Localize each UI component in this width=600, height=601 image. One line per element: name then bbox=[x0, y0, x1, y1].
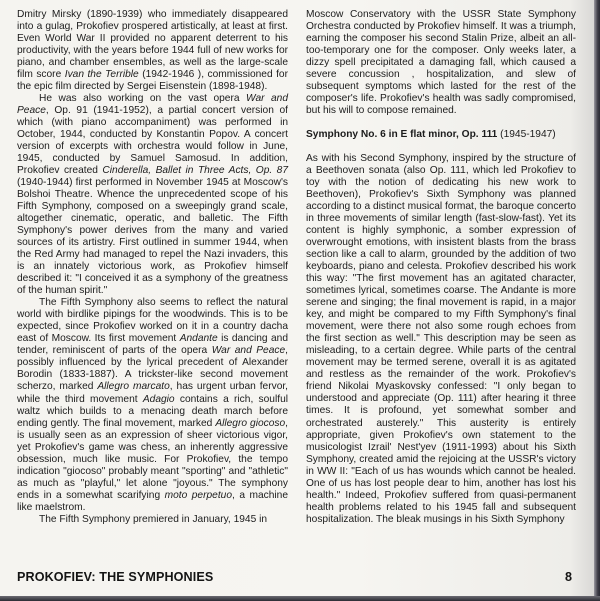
italic-title-text: moto perpetuo bbox=[165, 490, 232, 501]
italic-title-text: Ivan the Terrible bbox=[65, 69, 139, 80]
italic-title-text: Allegro marcato bbox=[97, 381, 169, 392]
paragraph: Dmitry Mirsky (1890-1939) who immediatel… bbox=[17, 9, 288, 93]
right-text-column: Moscow Conservatory with the USSR State … bbox=[306, 9, 576, 526]
left-text-column: Dmitry Mirsky (1890-1939) who immediatel… bbox=[17, 9, 288, 526]
italic-title-text: War and Peace bbox=[212, 345, 285, 356]
booklet-page: Dmitry Mirsky (1890-1939) who immediatel… bbox=[0, 0, 594, 596]
italic-title-text: Allegro giocoso bbox=[215, 418, 285, 429]
page-edge-shadow-bottom bbox=[0, 596, 600, 601]
page-number: 8 bbox=[565, 570, 572, 584]
section-heading: Symphony No. 6 in E flat minor, Op. 111 … bbox=[306, 129, 576, 141]
running-footer-title: PROKOFIEV: THE SYMPHONIES bbox=[17, 570, 213, 584]
body-text: (1940-1944) first performed in November … bbox=[17, 177, 288, 296]
body-text: The Fifth Symphony premiered in January,… bbox=[39, 514, 267, 525]
paragraph: The Fifth Symphony premiered in January,… bbox=[17, 514, 288, 526]
italic-title-text: Adagio bbox=[143, 394, 175, 405]
body-text: As with his Second Symphony, inspired by… bbox=[306, 153, 576, 524]
body-text: , is usually seen as an expression of sh… bbox=[17, 418, 288, 501]
page-edge-shadow-right bbox=[594, 0, 600, 601]
body-text: Moscow Conservatory with the USSR State … bbox=[306, 9, 576, 116]
italic-title-text: Cinderella, Ballet in Three Acts, Op. 87 bbox=[102, 165, 288, 176]
section-heading-dates: (1945-1947) bbox=[497, 129, 555, 140]
paragraph: He was also working on the vast opera Wa… bbox=[17, 93, 288, 297]
body-text: He was also working on the vast opera bbox=[39, 93, 246, 104]
paragraph: As with his Second Symphony, inspired by… bbox=[306, 153, 576, 525]
italic-title-text: Andante bbox=[180, 333, 218, 344]
paragraph: The Fifth Symphony also seems to reflect… bbox=[17, 297, 288, 513]
paragraph: Moscow Conservatory with the USSR State … bbox=[306, 9, 576, 117]
section-heading-title: Symphony No. 6 in E flat minor, Op. 111 bbox=[306, 129, 497, 140]
